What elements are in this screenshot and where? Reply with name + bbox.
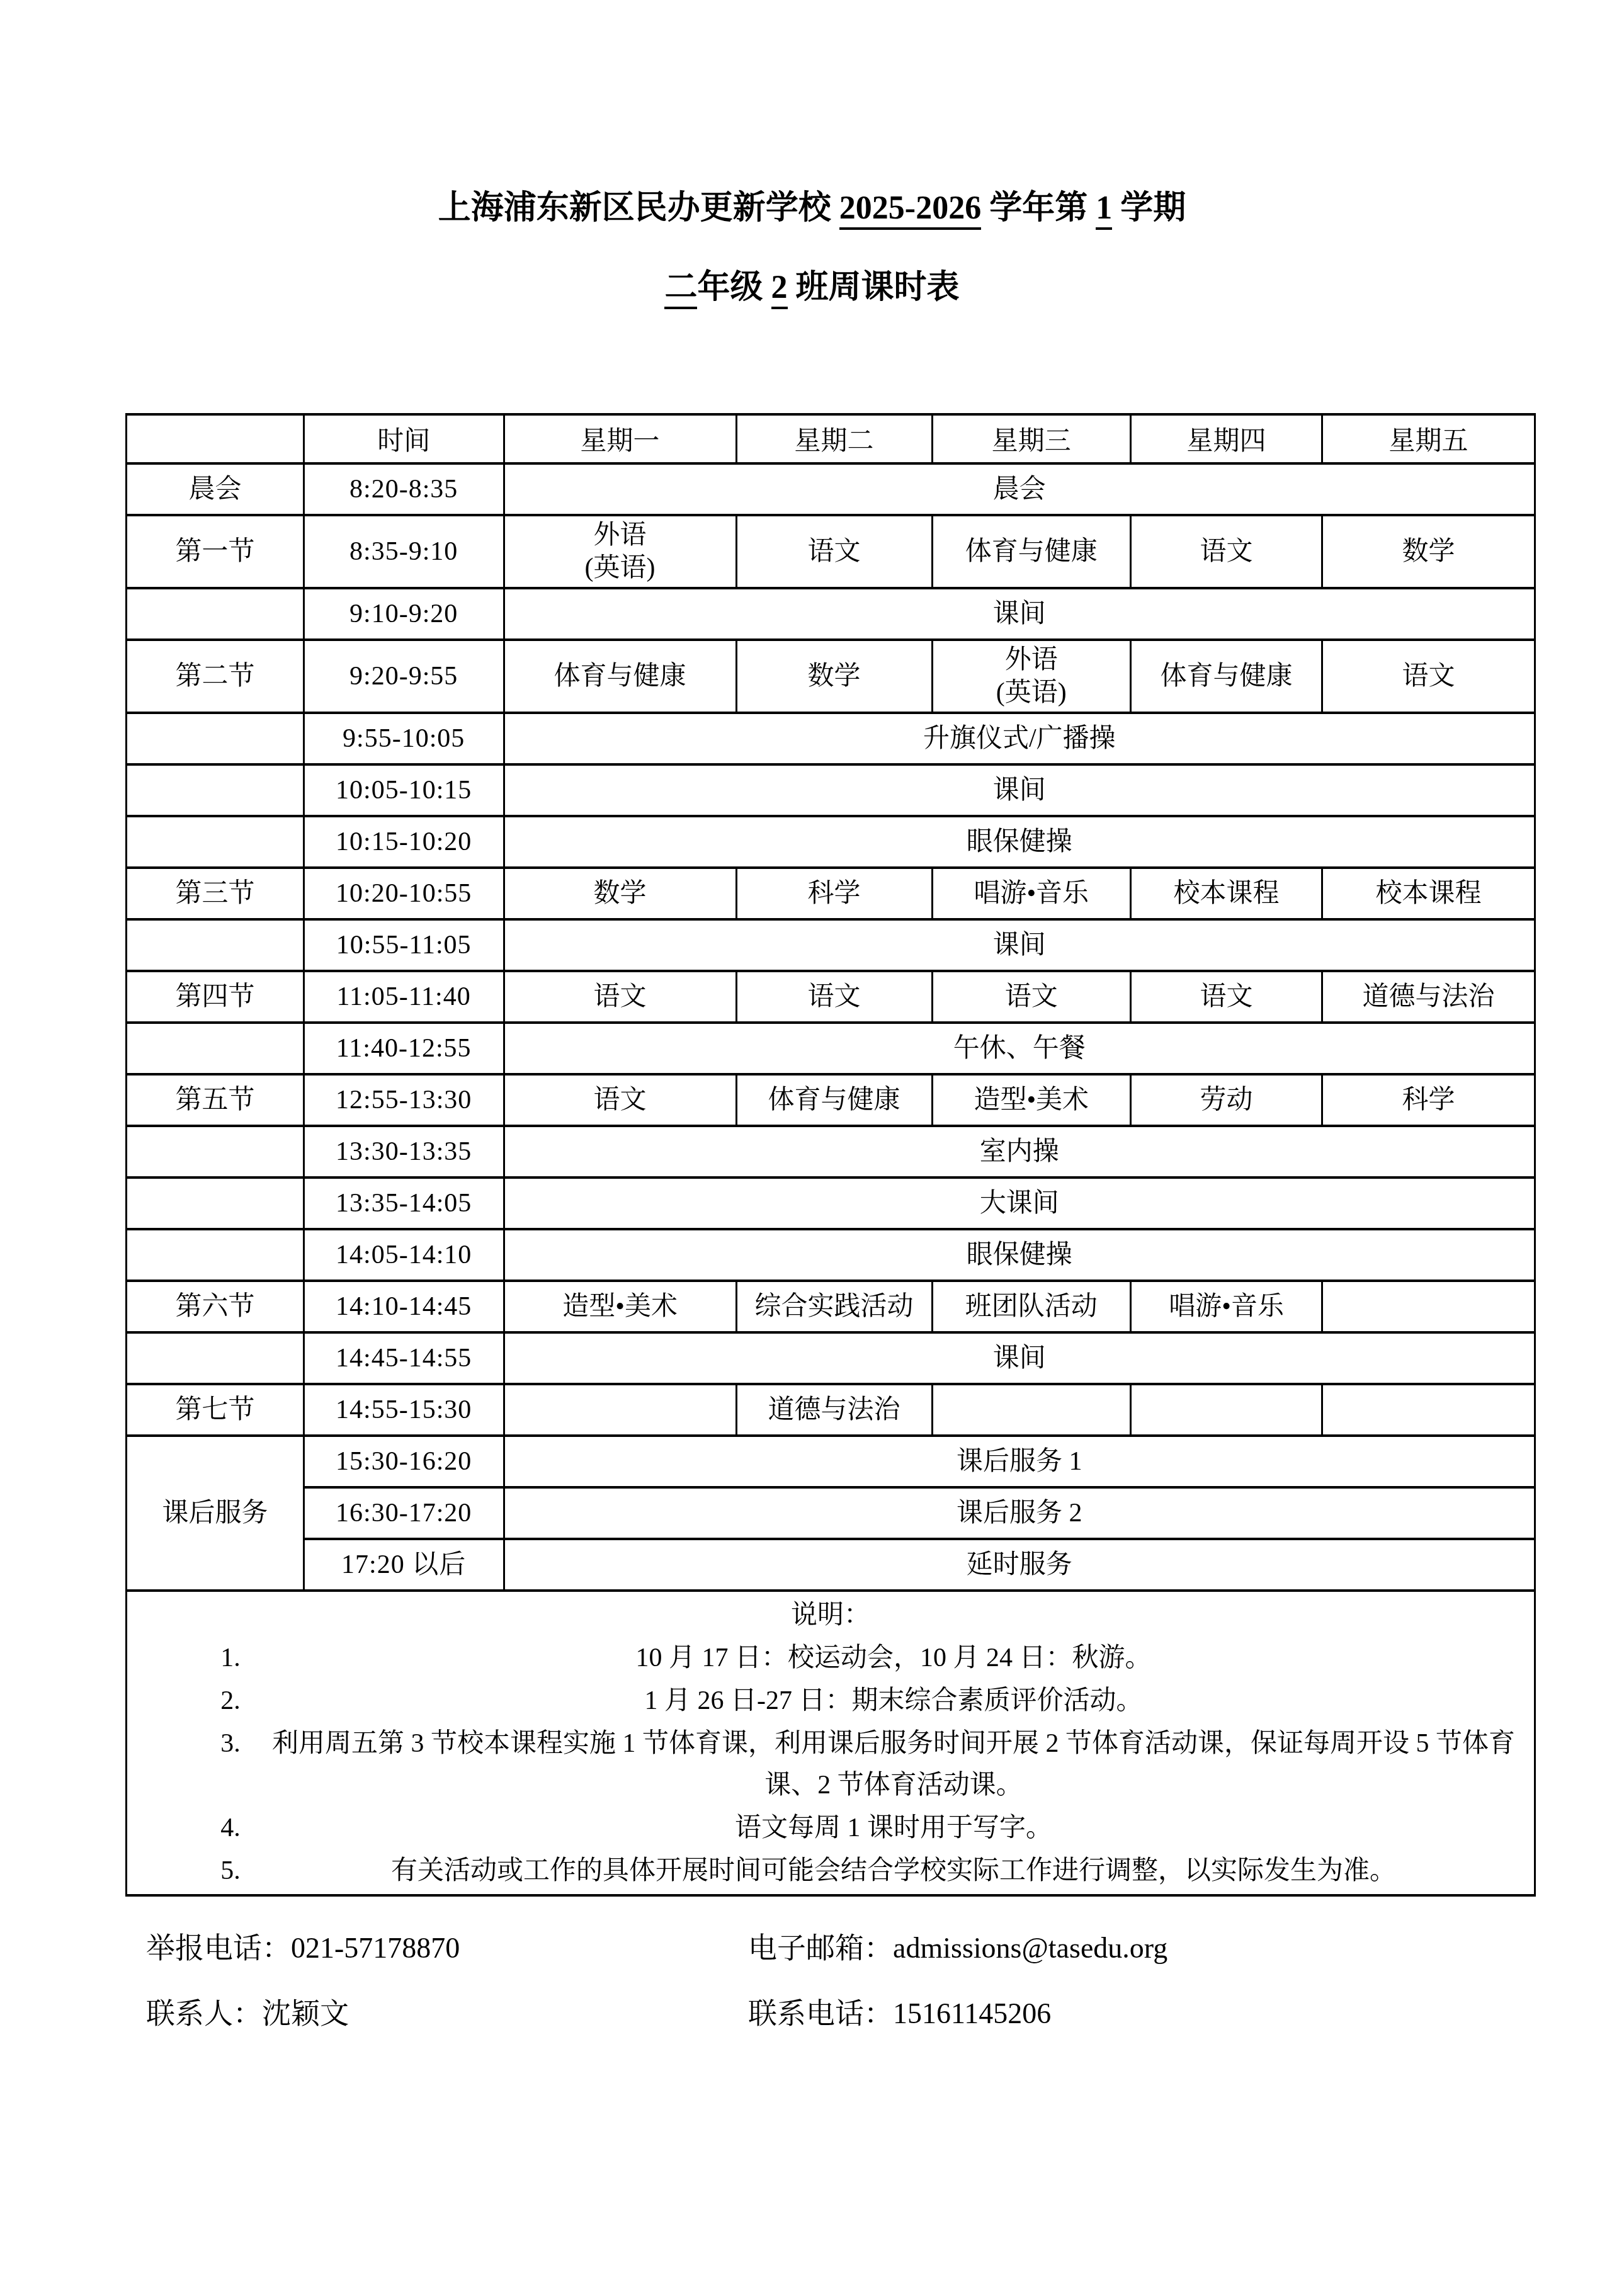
note-number: 3. [204,1723,257,1806]
subject-cell [1130,1384,1322,1436]
schedule-row: 9:10-9:20课间 [127,588,1535,640]
subject-cell: 语文 [736,515,932,588]
schedule-row: 第五节12:55-13:30语文体育与健康造型•美术劳动科学 [127,1074,1535,1126]
schedule-row: 11:40-12:55午休、午餐 [127,1023,1535,1074]
schedule-row: 10:55-11:05课间 [127,919,1535,971]
schedule-row: 9:55-10:05升旗仪式/广播操 [127,713,1535,764]
note-item: 3. 利用周五第 3 节校本课程实施 1 节体育课，利用课后服务时间开展 2 节… [131,1723,1530,1806]
time-cell: 8:35-9:10 [304,515,504,588]
section-label-cell [127,919,304,971]
section-label-cell: 第二节 [127,640,304,713]
note-item: 5. 有关活动或工作的具体开展时间可能会结合学校实际工作进行调整，以实际发生为准… [131,1850,1530,1892]
section-label-cell: 第五节 [127,1074,304,1126]
section-label-cell [127,1023,304,1074]
title-underlined-school-year: 2025-2026 [839,190,981,230]
time-cell: 15:30-16:20 [304,1436,504,1487]
merged-activity-cell: 午休、午餐 [504,1023,1535,1074]
header-row: 时间 星期一 星期二 星期三 星期四 星期五 [127,414,1535,463]
notes-cell: 说明： 1. 10 月 17 日：校运动会，10 月 24 日：秋游。 2. 1… [127,1591,1535,1895]
subject-cell: 唱游•音乐 [932,868,1130,919]
subject-cell [932,1384,1130,1436]
section-label-cell: 晨会 [127,463,304,515]
contact-phone-label: 联系电话： [748,1997,893,2029]
contact-person-value: 沈颖文 [262,1997,349,2029]
note-item: 4. 语文每周 1 课时用于写字。 [131,1807,1530,1849]
schedule-row: 第二节9:20-9:55体育与健康数学外语 (英语)体育与健康语文 [127,640,1535,713]
merged-activity-cell: 课间 [504,764,1535,816]
header-cell-wednesday: 星期三 [932,414,1130,463]
note-item: 2. 1 月 26 日-27 日：期末综合素质评价活动。 [131,1680,1530,1722]
subject-cell: 语文 [932,971,1130,1023]
subject-cell [1322,1281,1535,1332]
merged-activity-cell: 课后服务 1 [504,1436,1535,1487]
merged-activity-cell: 课间 [504,919,1535,971]
subtitle-segment: 班周课时表 [788,270,960,305]
subject-cell: 造型•美术 [504,1281,736,1332]
contact-footer: 举报电话：021-57178870 电子邮箱：admissions@tasedu… [146,1929,1624,2033]
contact-person: 联系人：沈颖文 [146,1995,748,2033]
time-cell: 14:05-14:10 [304,1229,504,1281]
subject-cell: 道德与法治 [1322,971,1535,1023]
report-phone-label: 举报电话： [146,1932,291,1964]
schedule-row: 13:30-13:35室内操 [127,1126,1535,1178]
notes-section: 说明： 1. 10 月 17 日：校运动会，10 月 24 日：秋游。 2. 1… [127,1591,1535,1895]
header-cell-time: 时间 [304,414,504,463]
subject-cell: 劳动 [1130,1074,1322,1126]
notes-row: 说明： 1. 10 月 17 日：校运动会，10 月 24 日：秋游。 2. 1… [127,1591,1535,1895]
email-value: admissions@tasedu.org [893,1932,1167,1964]
note-number: 5. [204,1850,257,1892]
note-number: 1. [204,1637,257,1679]
merged-activity-cell: 室内操 [504,1126,1535,1178]
merged-activity-cell: 升旗仪式/广播操 [504,713,1535,764]
schedule-row: 14:05-14:10眼保健操 [127,1229,1535,1281]
weekly-timetable: 时间 星期一 星期二 星期三 星期四 星期五 晨会8:20-8:35晨会第一节8… [125,413,1536,1897]
contact-person-label: 联系人： [146,1997,262,2029]
time-cell: 13:35-14:05 [304,1178,504,1229]
subject-cell: 数学 [504,868,736,919]
schedule-row: 16:30-17:20课后服务 2 [127,1487,1535,1539]
subtitle-underlined-grade: 二 [664,270,697,309]
subject-cell: 道德与法治 [736,1384,932,1436]
report-phone: 举报电话：021-57178870 [146,1929,748,1967]
schedule-row: 10:05-10:15课间 [127,764,1535,816]
time-cell: 11:05-11:40 [304,971,504,1023]
subject-cell: 造型•美术 [932,1074,1130,1126]
section-label-cell [127,1229,304,1281]
section-label-cell [127,1178,304,1229]
time-cell: 9:10-9:20 [304,588,504,640]
schedule-row: 17:20 以后延时服务 [127,1539,1535,1591]
merged-activity-cell: 眼保健操 [504,1229,1535,1281]
merged-activity-cell: 课间 [504,588,1535,640]
footer-row: 联系人：沈颖文 联系电话：15161145206 [146,1995,1624,2033]
time-cell: 14:10-14:45 [304,1281,504,1332]
section-label-cell [127,764,304,816]
section-label-cell [127,1126,304,1178]
schedule-row: 第一节8:35-9:10外语 (英语)语文体育与健康语文数学 [127,515,1535,588]
subject-cell: 语文 [504,971,736,1023]
merged-activity-cell: 课间 [504,1332,1535,1384]
time-cell: 12:55-13:30 [304,1074,504,1126]
subject-cell: 体育与健康 [932,515,1130,588]
title-segment: 学年第 [981,190,1096,226]
header-cell-friday: 星期五 [1322,414,1535,463]
time-cell: 16:30-17:20 [304,1487,504,1539]
title-segment: 学期 [1112,190,1186,226]
note-text: 有关活动或工作的具体开展时间可能会结合学校实际工作进行调整，以实际发生为准。 [257,1850,1530,1892]
time-cell: 17:20 以后 [304,1539,504,1591]
merged-activity-cell: 大课间 [504,1178,1535,1229]
section-label-cell: 第七节 [127,1384,304,1436]
time-cell: 13:30-13:35 [304,1126,504,1178]
time-cell: 10:15-10:20 [304,816,504,868]
schedule-row: 14:45-14:55课间 [127,1332,1535,1384]
schedule-row: 课后服务15:30-16:20课后服务 1 [127,1436,1535,1487]
section-label-cell [127,588,304,640]
note-number: 4. [204,1807,257,1849]
schedule-row: 晨会8:20-8:35晨会 [127,463,1535,515]
section-label-cell: 第六节 [127,1281,304,1332]
subject-cell: 数学 [736,640,932,713]
note-item: 1. 10 月 17 日：校运动会，10 月 24 日：秋游。 [131,1637,1530,1679]
time-cell: 11:40-12:55 [304,1023,504,1074]
subject-cell: 体育与健康 [1130,640,1322,713]
contact-phone: 联系电话：15161145206 [748,1995,1624,2033]
report-phone-value: 021-57178870 [291,1932,460,1964]
subject-cell: 唱游•音乐 [1130,1281,1322,1332]
subject-cell [1322,1384,1535,1436]
notes-label: 说明： [131,1594,1530,1636]
email-label: 电子邮箱： [748,1932,893,1964]
merged-activity-cell: 眼保健操 [504,816,1535,868]
section-label-cell: 第三节 [127,868,304,919]
subject-cell: 语文 [1130,971,1322,1023]
footer-row: 举报电话：021-57178870 电子邮箱：admissions@tasedu… [146,1929,1624,1967]
title-underlined-term: 1 [1096,190,1112,230]
time-cell: 14:55-15:30 [304,1384,504,1436]
header-cell-tuesday: 星期二 [736,414,932,463]
time-cell: 10:05-10:15 [304,764,504,816]
time-cell: 8:20-8:35 [304,463,504,515]
subject-cell: 科学 [1322,1074,1535,1126]
schedule-row: 第三节10:20-10:55数学科学唱游•音乐校本课程校本课程 [127,868,1535,919]
schedule-row: 第四节11:05-11:40语文语文语文语文道德与法治 [127,971,1535,1023]
section-label-cell: 第一节 [127,515,304,588]
timetable-header: 时间 星期一 星期二 星期三 星期四 星期五 [127,414,1535,463]
note-text: 1 月 26 日-27 日：期末综合素质评价活动。 [257,1680,1530,1722]
subject-cell: 体育与健康 [736,1074,932,1126]
title-segment: 上海浦东新区民办更新学校 [438,190,839,226]
document-title: 上海浦东新区民办更新学校 2025-2026 学年第 1 学期 [0,189,1624,228]
subject-cell: 体育与健康 [504,640,736,713]
email: 电子邮箱：admissions@tasedu.org [748,1929,1624,1967]
schedule-row: 13:35-14:05大课间 [127,1178,1535,1229]
time-cell: 9:20-9:55 [304,640,504,713]
contact-phone-value: 15161145206 [893,1997,1051,2029]
subject-cell: 外语 (英语) [504,515,736,588]
merged-activity-cell: 晨会 [504,463,1535,515]
subject-cell: 外语 (英语) [932,640,1130,713]
schedule-row: 第六节14:10-14:45造型•美术综合实践活动班团队活动唱游•音乐 [127,1281,1535,1332]
subject-cell: 语文 [736,971,932,1023]
subtitle-segment: 年级 [697,270,771,305]
subject-cell: 数学 [1322,515,1535,588]
header-cell-blank [127,414,304,463]
time-cell: 10:20-10:55 [304,868,504,919]
subject-cell: 语文 [1130,515,1322,588]
section-label-cell [127,713,304,764]
subject-cell: 语文 [1322,640,1535,713]
subtitle-underlined-class: 2 [771,270,788,309]
schedule-row: 10:15-10:20眼保健操 [127,816,1535,868]
merged-activity-cell: 延时服务 [504,1539,1535,1591]
subject-cell: 校本课程 [1322,868,1535,919]
header-cell-thursday: 星期四 [1130,414,1322,463]
note-number: 2. [204,1680,257,1722]
section-label-cell: 课后服务 [127,1436,304,1591]
subject-cell: 班团队活动 [932,1281,1130,1332]
section-label-cell [127,816,304,868]
header-cell-monday: 星期一 [504,414,736,463]
schedule-row: 第七节14:55-15:30道德与法治 [127,1384,1535,1436]
time-cell: 14:45-14:55 [304,1332,504,1384]
section-label-cell [127,1332,304,1384]
subject-cell: 综合实践活动 [736,1281,932,1332]
note-text: 语文每周 1 课时用于写字。 [257,1807,1530,1849]
time-cell: 9:55-10:05 [304,713,504,764]
note-text: 10 月 17 日：校运动会，10 月 24 日：秋游。 [257,1637,1530,1679]
subject-cell: 校本课程 [1130,868,1322,919]
subject-cell: 语文 [504,1074,736,1126]
subject-cell [504,1384,736,1436]
document-page: 上海浦东新区民办更新学校 2025-2026 学年第 1 学期 二年级 2 班周… [0,0,1624,2287]
time-cell: 10:55-11:05 [304,919,504,971]
note-text: 利用周五第 3 节校本课程实施 1 节体育课，利用课后服务时间开展 2 节体育活… [257,1723,1530,1806]
document-subtitle: 二年级 2 班周课时表 [0,268,1624,307]
subject-cell: 科学 [736,868,932,919]
timetable-body: 晨会8:20-8:35晨会第一节8:35-9:10外语 (英语)语文体育与健康语… [127,463,1535,1591]
section-label-cell: 第四节 [127,971,304,1023]
merged-activity-cell: 课后服务 2 [504,1487,1535,1539]
